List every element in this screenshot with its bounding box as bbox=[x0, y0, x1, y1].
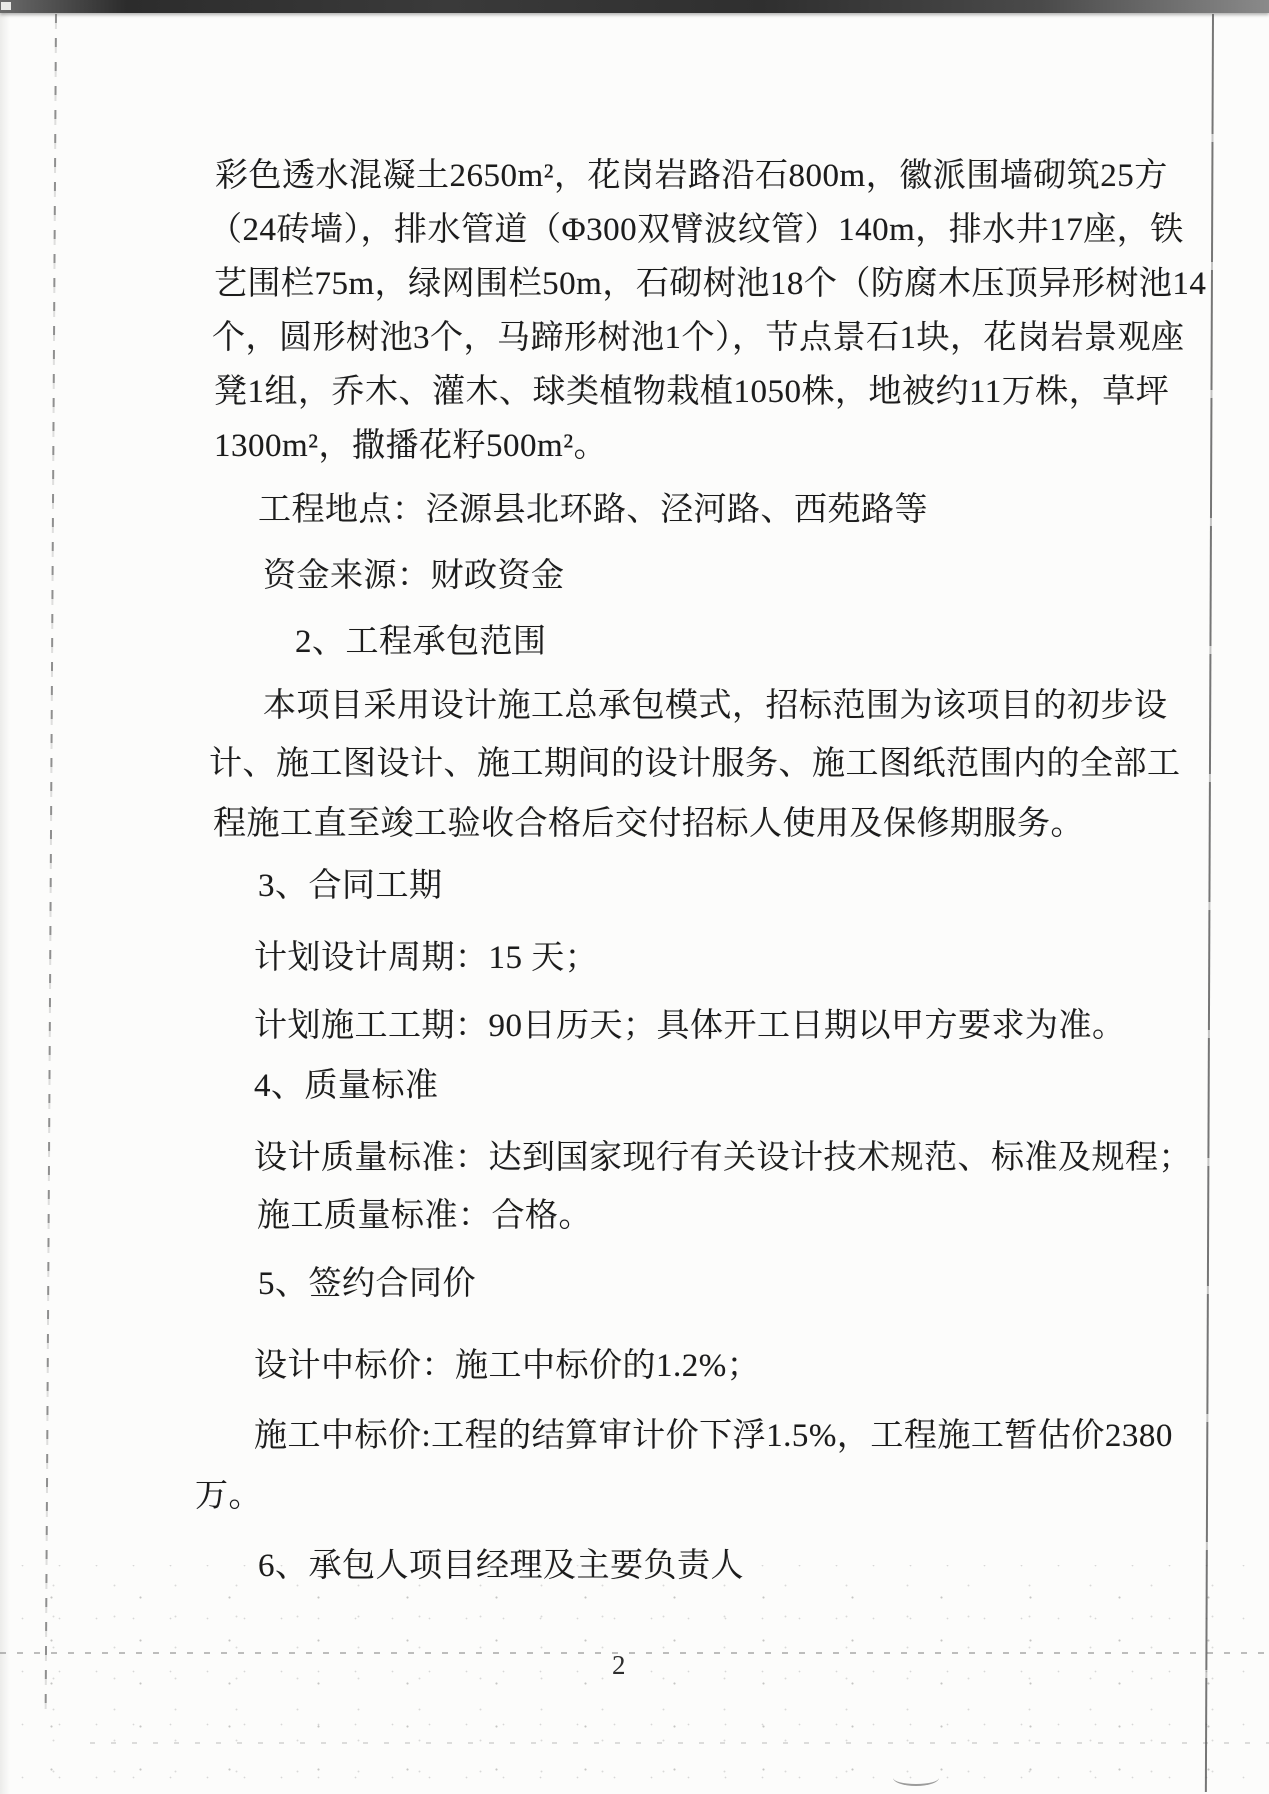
text-line: 设计中标价：施工中标价的1.2%； bbox=[254, 1348, 760, 1386]
text-line: 1300m²，撒播花籽500m²。 bbox=[214, 428, 607, 466]
text-line: 个，圆形树池3个，马蹄形树池1个），节点景石1块，花岗岩景观座 bbox=[212, 320, 1185, 358]
text-line: 3、合同工期 bbox=[258, 868, 443, 906]
text-line: 2、工程承包范围 bbox=[295, 624, 547, 662]
text-line: 计划施工工期：90日历天；具体开工日期以甲方要求为准。 bbox=[254, 1008, 1126, 1046]
text-line: 计划设计周期：15 天； bbox=[254, 940, 598, 978]
text-line: （24砖墙），排水管道（Φ300双臂波纹管）140m，排水井17座，铁 bbox=[209, 212, 1184, 250]
scan-line-left bbox=[45, 14, 57, 1709]
text-line: 施工中标价:工程的结算审计价下浮1.5%，工程施工暂估价2380 bbox=[254, 1418, 1173, 1456]
page-number: 2 bbox=[612, 1650, 626, 1681]
scanner-corner-chip bbox=[1, 2, 11, 10]
text-line: 艺围栏75m，绿网围栏50m，石砌树池18个（防腐木压顶异形树池14 bbox=[214, 266, 1206, 304]
text-line: 程施工直至竣工验收合格后交付招标人使用及保修期服务。 bbox=[213, 806, 1084, 844]
text-line: 彩色透水混凝土2650m²，花岗岩路沿石800m，徽派围墙砌筑25方 bbox=[215, 158, 1168, 196]
text-line: 设计质量标准：达到国家现行有关设计技术规范、标准及规程； bbox=[254, 1140, 1192, 1178]
text-line: 施工质量标准：合格。 bbox=[257, 1198, 592, 1236]
text-line: 工程地点：泾源县北环路、泾河路、西苑路等 bbox=[258, 492, 928, 530]
text-line: 万。 bbox=[195, 1478, 262, 1516]
scanned-document-page: 彩色透水混凝土2650m²，花岗岩路沿石800m，徽派围墙砌筑25方（24砖墙）… bbox=[0, 0, 1269, 1794]
scanner-top-band bbox=[0, 0, 1269, 13]
text-line: 5、签约合同价 bbox=[258, 1266, 476, 1304]
scan-mark-arc bbox=[893, 1770, 939, 1786]
paper-left-edge bbox=[0, 0, 10, 1794]
text-line: 资金来源：财政资金 bbox=[263, 558, 565, 596]
text-line: 凳1组，乔木、灌木、球类植物栽植1050株，地被约11万株，草坪 bbox=[214, 374, 1169, 412]
scan-noise-speckle bbox=[0, 1565, 1269, 1794]
text-line: 本项目采用设计施工总承包模式，招标范围为该项目的初步设 bbox=[263, 688, 1168, 726]
text-line: 4、质量标准 bbox=[254, 1068, 439, 1106]
text-line: 计、施工图设计、施工期间的设计服务、施工图纸范围内的全部工 bbox=[209, 746, 1181, 784]
